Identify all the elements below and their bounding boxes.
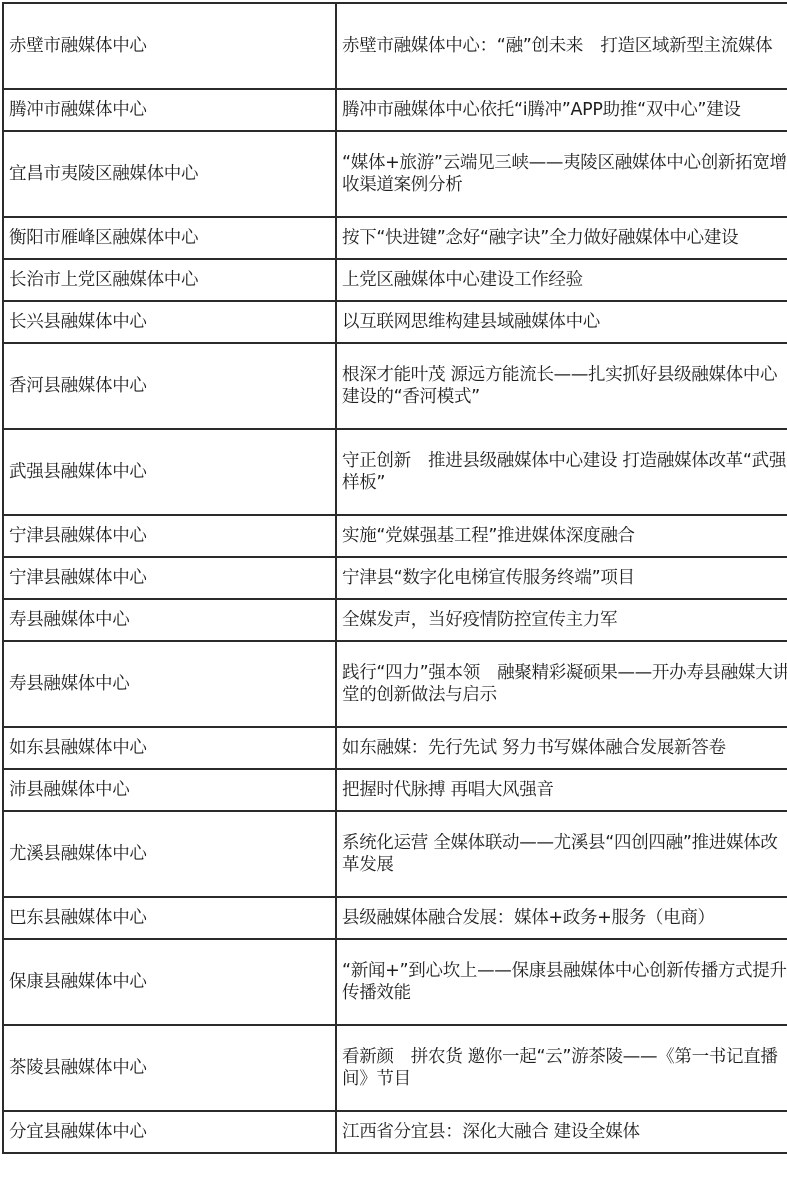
- media-center-case-table-container: 赤壁市融媒体中心 赤壁市融媒体中心：“融”创未来 打造区域新型主流媒体 腾冲市融…: [2, 2, 785, 1154]
- table-row: 分宜县融媒体中心 江西省分宜县：深化大融合 建设全媒体: [3, 1111, 787, 1153]
- media-center-name-cell: 衡阳市雁峰区融媒体中心: [3, 217, 336, 259]
- case-title-cell: 江西省分宜县：深化大融合 建设全媒体: [336, 1111, 787, 1153]
- table-row: 寿县融媒体中心 践行“四力”强本领 融聚精彩凝硕果——开办寿县融媒大讲堂的创新做…: [3, 641, 787, 727]
- media-center-name-cell: 茶陵县融媒体中心: [3, 1025, 336, 1111]
- table-row: 香河县融媒体中心 根深才能叶茂 源远方能流长——扎实抓好县级融媒体中心建设的“香…: [3, 343, 787, 429]
- media-center-name-cell: 沛县融媒体中心: [3, 769, 336, 811]
- table-row: 沛县融媒体中心 把握时代脉搏 再唱大风强音: [3, 769, 787, 811]
- table-body: 赤壁市融媒体中心 赤壁市融媒体中心：“融”创未来 打造区域新型主流媒体 腾冲市融…: [3, 3, 787, 1153]
- media-center-name-cell: 寿县融媒体中心: [3, 599, 336, 641]
- table-row: 衡阳市雁峰区融媒体中心 按下“快进键”念好“融字诀”全力做好融媒体中心建设: [3, 217, 787, 259]
- table-row: 寿县融媒体中心 全媒发声，当好疫情防控宣传主力军: [3, 599, 787, 641]
- case-title-cell: 实施“党媒强基工程”推进媒体深度融合: [336, 515, 787, 557]
- case-title-cell: 宁津县“数字化电梯宣传服务终端”项目: [336, 557, 787, 599]
- table-row: 长兴县融媒体中心 以互联网思维构建县域融媒体中心: [3, 301, 787, 343]
- case-title-cell: 腾冲市融媒体中心依托“i腾冲”APP助推“双中心”建设: [336, 89, 787, 131]
- table-row: 茶陵县融媒体中心 看新颜 拼农货 邀你一起“云”游茶陵——《第一书记直播间》节目: [3, 1025, 787, 1111]
- case-title-cell: 县级融媒体融合发展：媒体+政务+服务（电商）: [336, 897, 787, 939]
- case-title-cell: 看新颜 拼农货 邀你一起“云”游茶陵——《第一书记直播间》节目: [336, 1025, 787, 1111]
- table-row: 长治市上党区融媒体中心 上党区融媒体中心建设工作经验: [3, 259, 787, 301]
- case-title-cell: “新闻+”到心坎上——保康县融媒体中心创新传播方式提升传播效能: [336, 939, 787, 1025]
- media-center-name-cell: 保康县融媒体中心: [3, 939, 336, 1025]
- case-title-cell: “媒体+旅游”云端见三峡——夷陵区融媒体中心创新拓宽增收渠道案例分析: [336, 131, 787, 217]
- table-row: 腾冲市融媒体中心 腾冲市融媒体中心依托“i腾冲”APP助推“双中心”建设: [3, 89, 787, 131]
- media-center-name-cell: 寿县融媒体中心: [3, 641, 336, 727]
- case-title-cell: 把握时代脉搏 再唱大风强音: [336, 769, 787, 811]
- media-center-name-cell: 宁津县融媒体中心: [3, 557, 336, 599]
- case-title-cell: 赤壁市融媒体中心：“融”创未来 打造区域新型主流媒体: [336, 3, 787, 89]
- table-row: 宁津县融媒体中心 实施“党媒强基工程”推进媒体深度融合: [3, 515, 787, 557]
- case-title-cell: 践行“四力”强本领 融聚精彩凝硕果——开办寿县融媒大讲堂的创新做法与启示: [336, 641, 787, 727]
- media-center-name-cell: 如东县融媒体中心: [3, 727, 336, 769]
- media-center-case-table: 赤壁市融媒体中心 赤壁市融媒体中心：“融”创未来 打造区域新型主流媒体 腾冲市融…: [2, 2, 787, 1154]
- table-row: 如东县融媒体中心 如东融媒：先行先试 努力书写媒体融合发展新答卷: [3, 727, 787, 769]
- media-center-name-cell: 腾冲市融媒体中心: [3, 89, 336, 131]
- table-row: 赤壁市融媒体中心 赤壁市融媒体中心：“融”创未来 打造区域新型主流媒体: [3, 3, 787, 89]
- media-center-name-cell: 长治市上党区融媒体中心: [3, 259, 336, 301]
- table-row: 武强县融媒体中心 守正创新 推进县级融媒体中心建设 打造融媒体改革“武强样板”: [3, 429, 787, 515]
- table-row: 巴东县融媒体中心 县级融媒体融合发展：媒体+政务+服务（电商）: [3, 897, 787, 939]
- case-title-cell: 按下“快进键”念好“融字诀”全力做好融媒体中心建设: [336, 217, 787, 259]
- case-title-cell: 系统化运营 全媒体联动——尤溪县“四创四融”推进媒体改革发展: [336, 811, 787, 897]
- media-center-name-cell: 尤溪县融媒体中心: [3, 811, 336, 897]
- media-center-name-cell: 长兴县融媒体中心: [3, 301, 336, 343]
- media-center-name-cell: 香河县融媒体中心: [3, 343, 336, 429]
- case-title-cell: 守正创新 推进县级融媒体中心建设 打造融媒体改革“武强样板”: [336, 429, 787, 515]
- media-center-name-cell: 宁津县融媒体中心: [3, 515, 336, 557]
- case-title-cell: 上党区融媒体中心建设工作经验: [336, 259, 787, 301]
- table-row: 保康县融媒体中心 “新闻+”到心坎上——保康县融媒体中心创新传播方式提升传播效能: [3, 939, 787, 1025]
- media-center-name-cell: 宜昌市夷陵区融媒体中心: [3, 131, 336, 217]
- table-row: 尤溪县融媒体中心 系统化运营 全媒体联动——尤溪县“四创四融”推进媒体改革发展: [3, 811, 787, 897]
- table-row: 宁津县融媒体中心 宁津县“数字化电梯宣传服务终端”项目: [3, 557, 787, 599]
- case-title-cell: 全媒发声，当好疫情防控宣传主力军: [336, 599, 787, 641]
- media-center-name-cell: 分宜县融媒体中心: [3, 1111, 336, 1153]
- table-row: 宜昌市夷陵区融媒体中心 “媒体+旅游”云端见三峡——夷陵区融媒体中心创新拓宽增收…: [3, 131, 787, 217]
- case-title-cell: 根深才能叶茂 源远方能流长——扎实抓好县级融媒体中心建设的“香河模式”: [336, 343, 787, 429]
- media-center-name-cell: 巴东县融媒体中心: [3, 897, 336, 939]
- case-title-cell: 以互联网思维构建县域融媒体中心: [336, 301, 787, 343]
- media-center-name-cell: 赤壁市融媒体中心: [3, 3, 336, 89]
- case-title-cell: 如东融媒：先行先试 努力书写媒体融合发展新答卷: [336, 727, 787, 769]
- media-center-name-cell: 武强县融媒体中心: [3, 429, 336, 515]
